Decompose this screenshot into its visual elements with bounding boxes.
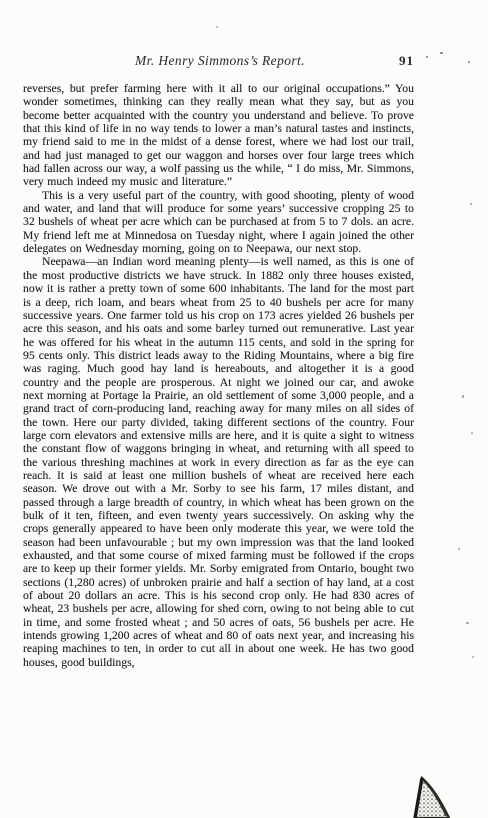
scan-speck [472, 656, 474, 658]
scan-speck [216, 26, 218, 28]
scan-speck [458, 548, 460, 550]
page-body: reverses, but prefer farming here with i… [23, 82, 414, 669]
scan-speck [462, 395, 464, 398]
scan-speck [440, 52, 443, 54]
scan-speck [471, 432, 473, 434]
book-page: Mr. Henry Simmons’s Report. 91 reverses,… [0, 0, 488, 818]
scan-speck [468, 61, 470, 63]
page-number: 91 [399, 53, 414, 69]
page-title: Mr. Henry Simmons’s Report. [135, 53, 305, 68]
scan-speck [426, 56, 428, 58]
scan-speck [470, 203, 472, 205]
paragraph-3: Neepawa—an Indian word meaning plenty—is… [23, 255, 414, 669]
running-header: Mr. Henry Simmons’s Report. 91 [24, 53, 416, 69]
page-corner-fold-mark [403, 774, 459, 818]
paragraph-2: This is a very useful part of the countr… [23, 189, 414, 256]
scan-speck [466, 622, 469, 624]
paragraph-1: reverses, but prefer farming here with i… [23, 82, 414, 189]
